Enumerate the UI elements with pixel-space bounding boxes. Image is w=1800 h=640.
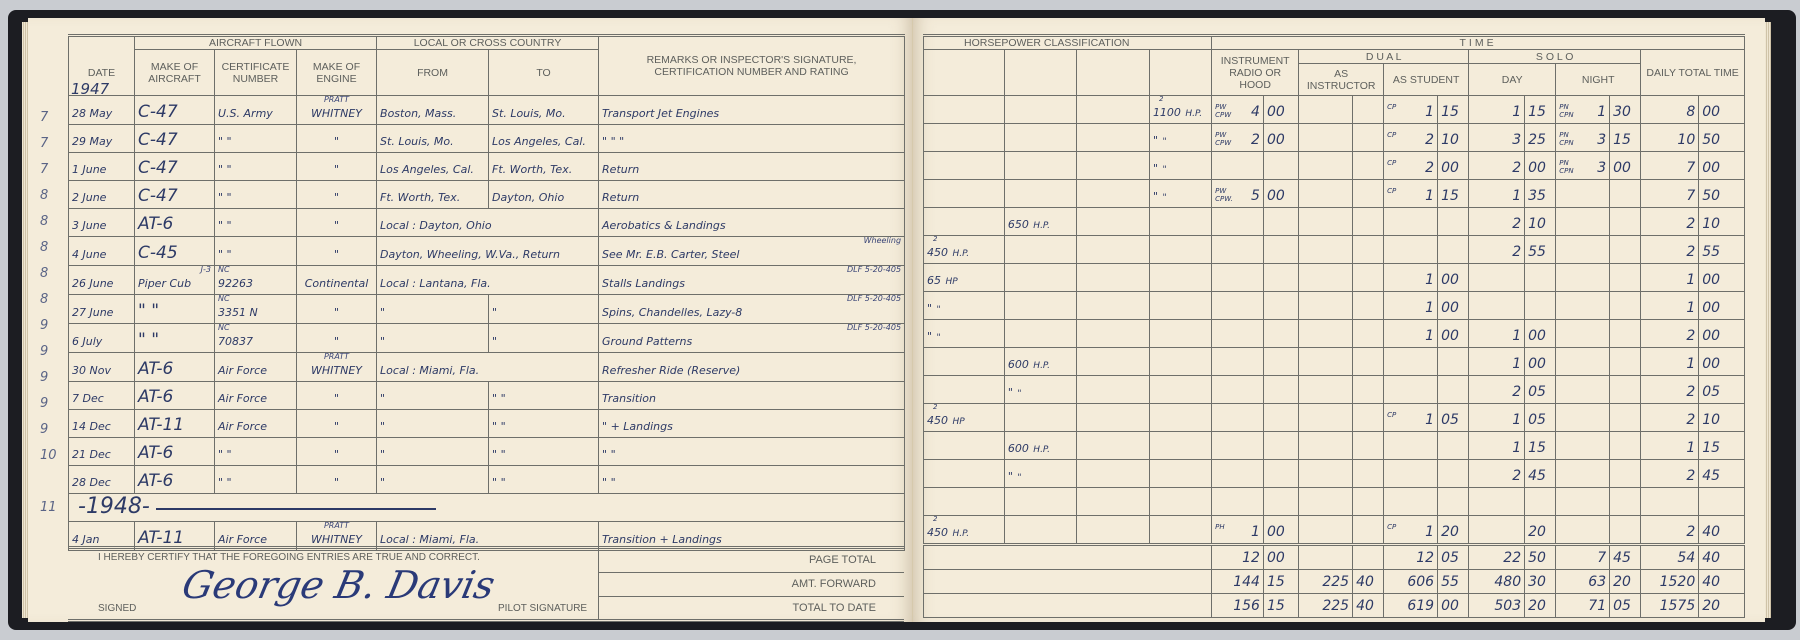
- dual-student-minutes-value: 00: [1441, 328, 1459, 344]
- solo-day-hours-value: 2: [1512, 216, 1521, 232]
- dual-student-minutes-value: 00: [1441, 160, 1459, 176]
- cell-aircraft: AT-6: [135, 209, 215, 237]
- solo-night-hours: [1556, 376, 1610, 404]
- daily-total-sum-minutes-value: 40: [1702, 550, 1720, 566]
- solo-day-hours: 1: [1469, 432, 1525, 460]
- aircraft-make: " ": [138, 301, 159, 321]
- dual-instructor-total-hours-value: 225: [1322, 574, 1349, 590]
- hp-cell: [924, 348, 1005, 376]
- solo-day-minutes: [1525, 264, 1556, 292]
- cell-engine: ": [297, 125, 377, 153]
- daily-total-hours: 2: [1641, 376, 1699, 404]
- daily-total-minutes: 10: [1699, 404, 1745, 432]
- hp-cell: " ": [924, 320, 1005, 348]
- table-row: 3 June AT-6 " " " Local : Dayton, Ohio A…: [69, 209, 905, 237]
- daily-total-minutes: 00: [1699, 152, 1745, 180]
- entry-date: 1 June: [72, 163, 106, 176]
- solo-night-tag: PN CPN: [1559, 159, 1577, 175]
- solo-day-total-minutes: 50: [1525, 545, 1556, 570]
- dual-student-hours: 1: [1384, 264, 1438, 292]
- daily-total-minutes-value: 55: [1702, 244, 1720, 260]
- certificate-number: 3351 N: [218, 306, 258, 319]
- certificate-number: " ": [218, 448, 232, 461]
- cell-certificate: " ": [215, 237, 297, 266]
- solo-day-minutes-value: 55: [1528, 244, 1546, 260]
- table-row: 27 June " " NC3351 N " " " DLF 5-20-405S…: [69, 295, 905, 324]
- solo-night-total-minutes: 45: [1610, 545, 1641, 570]
- cell-certificate: " ": [215, 466, 297, 494]
- solo-day-hours: [1469, 264, 1525, 292]
- cell-to: Los Angeles, Cal.: [489, 125, 599, 153]
- instrument-total-minutes: 15: [1263, 570, 1298, 594]
- cell-certificate: " ": [215, 181, 297, 209]
- solo-night-total-minutes-value: 20: [1613, 574, 1631, 590]
- cell-certificate: NC70837: [215, 324, 297, 353]
- daily-total-minutes: 00: [1699, 292, 1745, 320]
- solo-day-minutes: 05: [1525, 404, 1556, 432]
- header-make-of-aircraft: MAKE OF AIRCRAFT: [135, 50, 215, 96]
- entry-date: 6 July: [72, 335, 102, 348]
- hp-cell: [1004, 180, 1077, 208]
- table-row: 600 H.P. 100100: [924, 348, 1745, 376]
- solo-day-total-hours: 503: [1469, 594, 1525, 618]
- hp-col-3: [1077, 50, 1150, 96]
- solo-day-minutes-value: 00: [1528, 160, 1546, 176]
- table-row: 14 Dec AT-11 Air Force " " " " " + Landi…: [69, 410, 905, 438]
- solo-day-minutes-value: 25: [1528, 132, 1546, 148]
- route-to: " ": [492, 476, 506, 489]
- instrument-minutes-value: 00: [1267, 132, 1285, 148]
- instrument-hours: [1212, 264, 1264, 292]
- solo-night-total-hours-value: 63: [1588, 574, 1606, 590]
- engine-make: ": [334, 306, 339, 319]
- hp-unit: H.P.: [1033, 361, 1050, 371]
- solo-night-minutes: [1610, 404, 1641, 432]
- solo-day-hours-value: 1: [1512, 356, 1521, 372]
- cell-engine: Continental: [297, 266, 377, 295]
- solo-day-minutes-value: 05: [1528, 412, 1546, 428]
- dual-instructor-total-hours: 225: [1299, 594, 1353, 618]
- dual-instructor-hours: [1299, 460, 1353, 488]
- dual-student-hours: CP1: [1384, 516, 1438, 545]
- dual-student-total-hours: 619: [1384, 594, 1438, 618]
- aircraft-make: AT-6: [138, 387, 173, 407]
- dual-instructor-minutes: [1353, 348, 1384, 376]
- solo-day-total-minutes-value: 50: [1528, 550, 1546, 566]
- cell-aircraft: AT-6: [135, 353, 215, 382]
- cell-aircraft: AT-6: [135, 382, 215, 410]
- dual-instructor-hours: [1299, 236, 1353, 264]
- hp-cell: [1077, 180, 1150, 208]
- solo-day-minutes: 05: [1525, 376, 1556, 404]
- aircraft-make: " ": [138, 330, 159, 350]
- dual-instructor-total-hours: [1299, 545, 1353, 570]
- engine-make: Continental: [305, 277, 369, 290]
- hp-cell: [1149, 264, 1211, 292]
- cell-to: " ": [489, 466, 599, 494]
- hp-cell: [1077, 348, 1150, 376]
- dual-student-hours-value: 1: [1425, 188, 1434, 204]
- certificate-number: Air Force: [218, 392, 267, 405]
- solo-day-minutes: 00: [1525, 152, 1556, 180]
- hp-cell: 65 HP: [924, 264, 1005, 292]
- hp-cell: 21100 H.P.: [1149, 96, 1211, 124]
- dual-instructor-minutes: [1353, 264, 1384, 292]
- header-daily-total: DAILY TOTAL TIME: [1641, 50, 1745, 96]
- cell-remarks: Aerobatics & Landings: [599, 209, 905, 237]
- instrument-minutes: [1263, 404, 1298, 432]
- solo-night-hours-value: 1: [1597, 104, 1606, 120]
- solo-night-hours: PN CPN1: [1556, 96, 1610, 124]
- hp-cell: " ": [1149, 180, 1211, 208]
- hp-cell: [1149, 516, 1211, 545]
- route-from: ": [380, 448, 385, 461]
- instrument-total-hours: 144: [1212, 570, 1264, 594]
- cell-engine: PRATTWHITNEY: [297, 353, 377, 382]
- table-row: 2450 HP CP105105210: [924, 404, 1745, 432]
- hp-cell: [1077, 96, 1150, 124]
- solo-night-total-hours: 71: [1556, 594, 1610, 618]
- header-year: 1947: [69, 83, 134, 95]
- hp-value: 450: [927, 414, 948, 427]
- aircraft-make: AT-6: [138, 214, 173, 234]
- engine-make: WHITNEY: [311, 364, 362, 377]
- route-to: " ": [492, 392, 506, 405]
- solo-day-hours: 1: [1469, 404, 1525, 432]
- certificate-number: " ": [218, 248, 232, 261]
- cell-to: " ": [489, 410, 599, 438]
- hp-value: ": [1153, 162, 1158, 175]
- engine-note: PRATT: [300, 522, 373, 530]
- engine-note: PRATT: [300, 353, 373, 361]
- hp-cell: [1077, 488, 1150, 516]
- solo-day-total-hours-value: 503: [1494, 598, 1521, 614]
- instrument-hours: PW CPW2: [1212, 124, 1264, 152]
- dual-instructor-minutes: [1353, 124, 1384, 152]
- solo-day-minutes: 00: [1525, 320, 1556, 348]
- solo-night-hours: [1556, 208, 1610, 236]
- daily-total-minutes: [1699, 488, 1745, 516]
- cell-aircraft: " ": [135, 295, 215, 324]
- hp-cell: [1149, 376, 1211, 404]
- page-edge-right: [1765, 22, 1771, 618]
- daily-total-hours: 7: [1641, 152, 1699, 180]
- cell-aircraft: AT-6: [135, 466, 215, 494]
- daily-total-minutes-value: 00: [1702, 356, 1720, 372]
- daily-total-minutes-value: 00: [1702, 300, 1720, 316]
- table-row: " "PW CPW200CP210325PN CPN3151050: [924, 124, 1745, 152]
- dual-instructor-minutes: [1353, 180, 1384, 208]
- hp-value: 600: [1008, 442, 1029, 455]
- table-row: 21 Dec AT-6 " " " " " " " ": [69, 438, 905, 466]
- hp-unit: H.P.: [952, 249, 969, 259]
- dual-student-tag: CP: [1387, 411, 1405, 419]
- hp-cell: [924, 460, 1005, 488]
- solo-night-total-hours: 7: [1556, 545, 1610, 570]
- cell-from: Dayton, Wheeling, W.Va., Return: [377, 237, 599, 266]
- cell-from: ": [377, 324, 489, 353]
- instrument-hours: PH1: [1212, 516, 1264, 545]
- daily-total-minutes: 50: [1699, 124, 1745, 152]
- margin-number: 9: [40, 318, 48, 333]
- solo-day-total-minutes: 20: [1525, 594, 1556, 618]
- daily-total-minutes-value: 00: [1702, 272, 1720, 288]
- dual-student-minutes: 05: [1438, 404, 1469, 432]
- cell-certificate: NC3351 N: [215, 295, 297, 324]
- instrument-total-minutes-value: 00: [1267, 550, 1285, 566]
- dual-student-hours-value: 1: [1425, 524, 1434, 540]
- dual-student-total-minutes-value: 00: [1441, 598, 1459, 614]
- cell-aircraft: C-45: [135, 237, 215, 266]
- solo-night-hours: [1556, 180, 1610, 208]
- dual-student-hours: [1384, 488, 1438, 516]
- solo-night-hours: [1556, 432, 1610, 460]
- cell-from: Local : Lantana, Fla.: [377, 266, 599, 295]
- aircraft-make: C-47: [138, 186, 178, 206]
- hp-cell: [924, 152, 1005, 180]
- solo-night-minutes: [1610, 292, 1641, 320]
- dual-student-tag: CP: [1387, 159, 1405, 167]
- dual-instructor-minutes: [1353, 320, 1384, 348]
- cell-remarks: " " ": [599, 125, 905, 153]
- totals-row-amt-forward: 144152254060655480306320152040: [924, 570, 1745, 594]
- solo-day-minutes-value: 00: [1528, 328, 1546, 344]
- dual-instructor-total-hours-value: 225: [1322, 598, 1349, 614]
- instrument-hours: [1212, 292, 1264, 320]
- instrument-hours: [1212, 236, 1264, 264]
- margin-number: 9: [40, 396, 48, 411]
- instrument-total-hours: 12: [1212, 545, 1264, 570]
- solo-night-total-hours-value: 7: [1597, 550, 1606, 566]
- solo-night-minutes: [1610, 348, 1641, 376]
- hp-value: 650: [1008, 218, 1029, 231]
- route-from: St. Louis, Mo.: [380, 135, 454, 148]
- hp-value: 65: [927, 274, 941, 287]
- totals-blank: [924, 594, 1212, 618]
- hp-value: ": [1153, 134, 1158, 147]
- instrument-total-hours: 156: [1212, 594, 1264, 618]
- dual-student-hours-value: 1: [1425, 328, 1434, 344]
- totals-blank: [924, 570, 1212, 594]
- instrument-minutes: 00: [1263, 124, 1298, 152]
- daily-total-minutes: 00: [1699, 320, 1745, 348]
- dual-instructor-hours: [1299, 348, 1353, 376]
- hp-cell: " ": [1149, 124, 1211, 152]
- dual-student-total-hours-value: 12: [1416, 550, 1434, 566]
- cell-engine: ": [297, 410, 377, 438]
- table-row: [924, 488, 1745, 516]
- pilot-signature: George B. Davis: [178, 563, 498, 607]
- solo-day-hours: 1: [1469, 180, 1525, 208]
- instrument-total-minutes: 00: [1263, 545, 1298, 570]
- cell-from: Los Angeles, Cal.: [377, 153, 489, 181]
- solo-night-minutes: [1610, 432, 1641, 460]
- certificate-number: U.S. Army: [218, 107, 273, 120]
- dual-instructor-hours: [1299, 180, 1353, 208]
- hp-value: ": [927, 302, 932, 315]
- dual-instructor-hours: [1299, 376, 1353, 404]
- daily-total-sum-hours-value: 1520: [1660, 574, 1696, 590]
- dual-student-minutes-value: 15: [1441, 104, 1459, 120]
- solo-day-minutes-value: 20: [1528, 524, 1546, 540]
- daily-total-hours-value: 2: [1686, 468, 1695, 484]
- solo-day-hours: 1: [1469, 96, 1525, 124]
- daily-total-hours-value: 2: [1686, 244, 1695, 260]
- daily-total-hours: 7: [1641, 180, 1699, 208]
- margin-number: 9: [40, 344, 48, 359]
- daily-total-sum-minutes-value: 20: [1702, 598, 1720, 614]
- table-row: 6 July " " NC70837 " " " DLF 5-20-405Gro…: [69, 324, 905, 353]
- dual-student-minutes: 00: [1438, 152, 1469, 180]
- solo-night-minutes: [1610, 236, 1641, 264]
- hp-unit: HP: [945, 277, 957, 287]
- solo-day-hours-value: 1: [1512, 104, 1521, 120]
- instrument-minutes-value: 00: [1267, 524, 1285, 540]
- daily-total-hours: 2: [1641, 460, 1699, 488]
- instrument-minutes: 00: [1263, 180, 1298, 208]
- solo-day-hours-value: 2: [1512, 468, 1521, 484]
- dual-student-minutes-value: 00: [1441, 300, 1459, 316]
- daily-total-hours: 1: [1641, 432, 1699, 460]
- solo-day-hours-value: 1: [1512, 188, 1521, 204]
- header-dual: D U A L: [1299, 50, 1469, 64]
- margin-number: 8: [40, 188, 48, 203]
- entry-date: 2 June: [72, 191, 106, 204]
- hp-cell: [1077, 432, 1150, 460]
- route-to: St. Louis, Mo.: [492, 107, 566, 120]
- solo-day-minutes: [1525, 292, 1556, 320]
- dual-student-total-minutes: 05: [1438, 545, 1469, 570]
- dual-student-hours: 1: [1384, 320, 1438, 348]
- instrument-hours-value: 5: [1251, 188, 1260, 204]
- cell-to: Dayton, Ohio: [489, 181, 599, 209]
- instrument-minutes: [1263, 208, 1298, 236]
- hp-cell: [1077, 208, 1150, 236]
- margin-number: 7: [40, 136, 48, 151]
- margin-number: 10: [40, 448, 57, 463]
- hp-engine-count: 2: [927, 516, 1001, 523]
- instrument-hours: [1212, 432, 1264, 460]
- route-from: Los Angeles, Cal.: [380, 163, 474, 176]
- hp-col-1: [924, 50, 1005, 96]
- daily-total-minutes: 00: [1699, 96, 1745, 124]
- route-from: Local : Lantana, Fla.: [380, 277, 491, 290]
- solo-day-minutes: 35: [1525, 180, 1556, 208]
- dual-instructor-total-minutes: [1353, 545, 1384, 570]
- dual-instructor-hours: [1299, 516, 1353, 545]
- engine-make: ": [334, 392, 339, 405]
- hp-cell: [1004, 96, 1077, 124]
- solo-day-hours: 2: [1469, 376, 1525, 404]
- hp-cell: [1004, 404, 1077, 432]
- time-classification-table: HORSEPOWER CLASSIFICATION TIME INSTRUMEN…: [923, 34, 1745, 618]
- cell-from: ": [377, 438, 489, 466]
- cell-remarks: WheelingSee Mr. E.B. Carter, Steel: [599, 237, 905, 266]
- cell-certificate: U.S. Army: [215, 96, 297, 125]
- remarks-text: " + Landings: [602, 420, 673, 433]
- solo-day-total-hours: 480: [1469, 570, 1525, 594]
- margin-number: 11: [40, 500, 57, 515]
- dual-student-minutes: 10: [1438, 124, 1469, 152]
- instrument-minutes: [1263, 488, 1298, 516]
- dual-student-minutes-value: 15: [1441, 188, 1459, 204]
- route-to: Dayton, Ohio: [492, 191, 564, 204]
- cell-engine: ": [297, 382, 377, 410]
- solo-day-hours: [1469, 516, 1525, 545]
- dual-student-hours-value: 2: [1425, 132, 1434, 148]
- instrument-hours: [1212, 152, 1264, 180]
- route-to: Ft. Worth, Tex.: [492, 163, 572, 176]
- cell-remarks: Return: [599, 181, 905, 209]
- solo-night-minutes: [1610, 488, 1641, 516]
- solo-night-hours: [1556, 516, 1610, 545]
- remarks-text: Return: [602, 191, 639, 204]
- hp-cell: [924, 488, 1005, 516]
- hp-value: ": [1008, 470, 1013, 483]
- solo-night-minutes: [1610, 180, 1641, 208]
- daily-total-hours-value: 1: [1686, 356, 1695, 372]
- certificate-prefix: NC: [218, 324, 293, 332]
- cell-remarks: Transport Jet Engines: [599, 96, 905, 125]
- dual-student-hours-value: 1: [1425, 300, 1434, 316]
- entry-date: 7 Dec: [72, 392, 104, 405]
- daily-total-minutes: 50: [1699, 180, 1745, 208]
- instrument-hours-value: 2: [1251, 132, 1260, 148]
- cell-from: Boston, Mass.: [377, 96, 489, 125]
- solo-day-minutes: 45: [1525, 460, 1556, 488]
- cell-engine: ": [297, 181, 377, 209]
- daily-total-hours: 1: [1641, 348, 1699, 376]
- dual-student-minutes: 00: [1438, 320, 1469, 348]
- table-row: 29 May C-47 " " " St. Louis, Mo. Los Ang…: [69, 125, 905, 153]
- solo-day-minutes-value: 00: [1528, 356, 1546, 372]
- dual-student-hours: [1384, 236, 1438, 264]
- aircraft-make: AT-6: [138, 443, 173, 463]
- hp-value: ": [1008, 386, 1013, 399]
- entry-date: 4 Jan: [72, 533, 99, 546]
- margin-number: 9: [40, 370, 48, 385]
- solo-day-minutes: 55: [1525, 236, 1556, 264]
- total-to-date-label: TOTAL TO DATE: [599, 597, 904, 619]
- route-from: Local : Dayton, Ohio: [380, 219, 492, 232]
- solo-day-hours-value: 2: [1512, 244, 1521, 260]
- dual-instructor-hours: [1299, 432, 1353, 460]
- margin-number: 8: [40, 240, 48, 255]
- solo-day-total-hours-value: 22: [1503, 550, 1521, 566]
- remarks-text: Return: [602, 163, 639, 176]
- dual-instructor-total-minutes: 40: [1353, 594, 1384, 618]
- table-row: 2450 H.P. 255255: [924, 236, 1745, 264]
- entry-date: 26 June: [72, 277, 113, 290]
- hp-value: 1100: [1153, 106, 1181, 119]
- hp-cell: [1004, 488, 1077, 516]
- hp-cell: [1149, 292, 1211, 320]
- dual-student-hours-value: 1: [1425, 412, 1434, 428]
- table-row: " " 100100: [924, 292, 1745, 320]
- solo-day-total-hours: 22: [1469, 545, 1525, 570]
- dual-student-minutes: 00: [1438, 292, 1469, 320]
- daily-total-minutes-value: 50: [1702, 132, 1720, 148]
- solo-day-minutes-value: 15: [1528, 104, 1546, 120]
- engine-make: ": [334, 163, 339, 176]
- dual-student-minutes: 15: [1438, 180, 1469, 208]
- cell-aircraft: C-47: [135, 181, 215, 209]
- instrument-minutes: [1263, 348, 1298, 376]
- dual-student-hours: [1384, 348, 1438, 376]
- daily-total-hours: [1641, 488, 1699, 516]
- instrument-hours: [1212, 320, 1264, 348]
- amt-forward-label: AMT. FORWARD: [599, 573, 904, 597]
